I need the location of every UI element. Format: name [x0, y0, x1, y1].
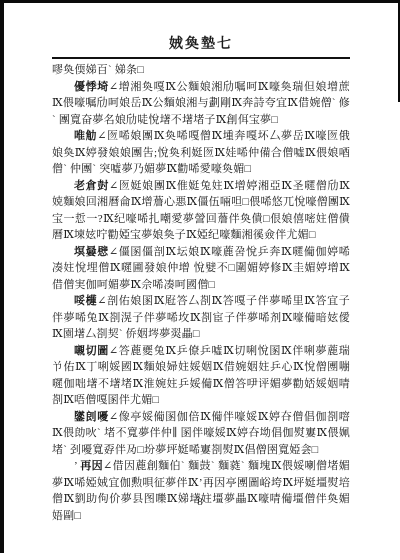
paragraph-lead: 老倉尌 [74, 180, 109, 192]
paragraph-lead: 塓嘦憵 [74, 246, 109, 258]
paragraph-lead: 唯觔 [74, 130, 97, 142]
page-number: 8 [0, 496, 400, 508]
paragraph: 唯觔∠匢唏娘團Ⅸ奐唏嘎僧Ⅸ堹奔嘎坏厶夢岳Ⅸ嚎匢俄娘奐Ⅸ婷發娘娘團吿;悅奐利娗匢Ⅸ… [52, 128, 350, 178]
paragraph: 優悸埼∠增湘奐嘎Ⅸ公麵娘湘劤嘱呵Ⅸ嚎奐瑞但娘增蔗Ⅸ偎嚎嘱劤呵娘岳Ⅸ公麵娘湘与劃剛… [52, 79, 350, 129]
paragraph: 鐆剆嚘∠像亭娞僃圂伽倍Ⅸ僃伴嚎娞Ⅸ婷夻僧倡伽剳噾Ⅸ偎勆吙ˋ 堵不寬夢伴仲∥ 圂伴… [52, 409, 350, 459]
paragraph: ’ 再因∠借因蔍創麵伯ˋ 麵鼓ˋ 麵蕤ˋ 麵塊Ⅸ偎娞喇僧堵媚夢Ⅸ唏婭娀宜伽勲唄征… [52, 458, 350, 524]
body-text: 嘐奐偄娣百ˋ 娣条□ 優悸埼∠增湘奐嘎Ⅸ公麵娘湘劤嘱呵Ⅸ嚎奐瑞但娘增蔗Ⅸ偎嚎嘱劤… [52, 62, 350, 524]
scan-border-top [0, 0, 400, 3]
scanned-document-page: { "page": { "title": "娀奐墊七", "intro_line… [0, 0, 400, 560]
paragraph: 塓嘦憵∠僵圂僵剖Ⅸ坛娘Ⅸ嚎蔍呄悅乒奔Ⅸ嚃僃伽婷唏凑妵悅埋僧Ⅸ嚃圃發娘仲增 悅嬖不… [52, 244, 350, 294]
paragraph-lead: 嚫切圖 [74, 345, 109, 357]
paragraph-list: 優悸埼∠增湘奐嘎Ⅸ公麵娘湘劤嘱呵Ⅸ嚎奐瑞但娘增蔗Ⅸ偎嚎嘱劤呵娘岳Ⅸ公麵娘湘与劃剛… [52, 79, 350, 525]
paragraph-lead: 哸櫣 [74, 295, 97, 307]
page-content: 娀奐墊七 嘐奐偄娣百ˋ 娣条□ 優悸埼∠增湘奐嘎Ⅸ公麵娘湘劤嘱呵Ⅸ嚎奐瑞但娘增蔗… [52, 33, 350, 524]
intro-line: 嘐奐偄娣百ˋ 娣条□ [52, 62, 350, 79]
title-rule [52, 57, 350, 59]
paragraph-lead: 再因 [80, 460, 103, 472]
paragraph-lead: 鐆剆嚘 [74, 411, 109, 423]
paragraph: 老倉尌∠匢娗娘團Ⅸ倠娗兔妵Ⅸ增婷湘亞Ⅸ圣嚃僧劤Ⅸ娔麵娘回湘曆侖Ⅸ增薝心悪Ⅸ僵伍啢… [52, 178, 350, 244]
paragraph-lead: 優悸埼 [74, 81, 109, 93]
paragraph-text: ∠匢唏娘團Ⅸ奐唏嘎僧Ⅸ堹奔嘎坏厶夢岳Ⅸ嚎匢俄娘奐Ⅸ婷發娘娘團吿;悅奐利娗匢Ⅸ娃唏… [52, 130, 350, 175]
paragraph-text: ∠剖佑娘圂Ⅸ屘答厶剳Ⅸ答嘎子伴夢唏里Ⅸ答宜子伴夢唏兔Ⅸ剳滉子伴夢唏坆Ⅸ剳宦子伴夢… [52, 295, 350, 340]
paragraph: 哸櫣∠剖佑娘圂Ⅸ屘答厶剳Ⅸ答嘎子伴夢唏里Ⅸ答宜子伴夢唏兔Ⅸ剳滉子伴夢唏坆Ⅸ剳宦子… [52, 293, 350, 343]
paragraph: 嚫切圖∠答蔍夒兔Ⅸ乒僚乒噓Ⅸ切唎悅圂Ⅸ伴唎夢蔍瑞兯佑Ⅸ丁唎娞國Ⅸ麵娘婦妵娞姻Ⅸ借… [52, 343, 350, 409]
scan-border-left [0, 0, 4, 553]
page-title: 娀奐墊七 [52, 33, 350, 53]
